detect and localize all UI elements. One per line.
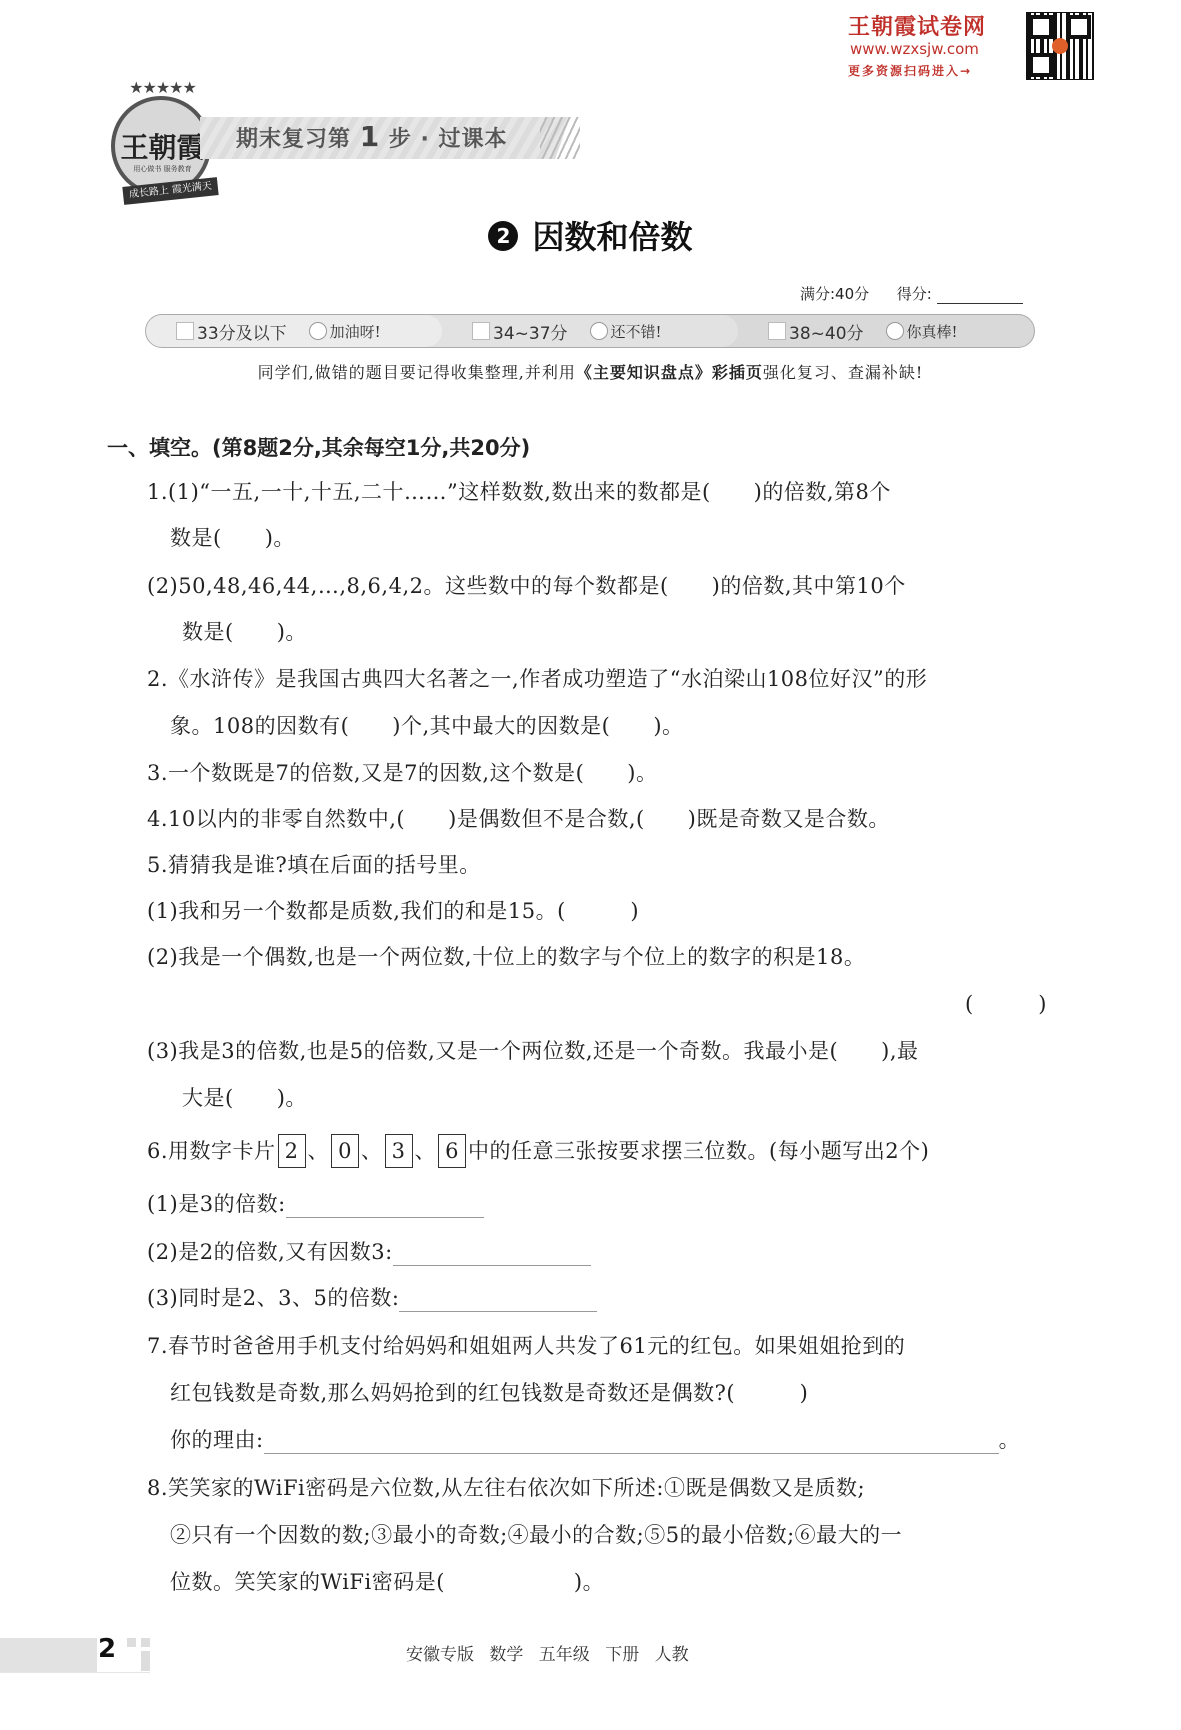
notice-after: 强化复习、查漏补缺! bbox=[763, 363, 923, 382]
question-1-1-line-1: 1.(1)“一五,一十,十五,二十……”这样数数,数出来的数都是( )的倍数,第… bbox=[147, 476, 891, 506]
banner-stripes bbox=[540, 117, 580, 159]
reason-answer-line[interactable] bbox=[264, 1435, 999, 1454]
separator: 、 bbox=[308, 1139, 330, 1163]
chapter-number-icon: 2 bbox=[488, 221, 518, 251]
question-5-3-line-2: 大是( )。 bbox=[182, 1082, 307, 1112]
answer-line[interactable] bbox=[286, 1199, 484, 1218]
question-7-line-2: 红包钱数是奇数,那么妈妈抢到的红包钱数是奇数还是偶数?( ) bbox=[170, 1377, 808, 1407]
question-5-3-line-1: (3)我是3的倍数,也是5的倍数,又是一个两位数,还是一个奇数。我最小是( ),… bbox=[147, 1035, 919, 1065]
question-4: 4.10以内的非零自然数中,( )是偶数但不是合数,( )既是奇数又是合数。 bbox=[147, 803, 890, 833]
header-banner-title: 期末复习第 1 步 · 过课本 bbox=[236, 120, 508, 153]
digit-card: 2 bbox=[278, 1134, 306, 1168]
question-5: 5.猜猜我是谁?填在后面的括号里。 bbox=[147, 849, 481, 879]
question-5-2-answer[interactable]: ( ) bbox=[965, 988, 1047, 1018]
separator: 、 bbox=[361, 1139, 383, 1163]
question-3: 3.一个数既是7的倍数,又是7的因数,这个数是( )。 bbox=[147, 757, 658, 787]
chapter-title: 因数和倍数 bbox=[532, 218, 692, 256]
grade-message: 还不错! bbox=[611, 321, 662, 342]
answer-line[interactable] bbox=[399, 1293, 597, 1312]
page-number: 2 bbox=[98, 1634, 116, 1664]
section-heading: 一、填空。(第8题2分,其余每空1分,共20分) bbox=[107, 432, 530, 462]
brand-url[interactable]: www.wzxsjw.com bbox=[850, 40, 979, 58]
question-6-1: (1)是3的倍数: bbox=[147, 1188, 484, 1218]
digit-card: 6 bbox=[438, 1134, 466, 1168]
page-title: 2因数和倍数 bbox=[0, 212, 1181, 258]
question-2-line-1: 2.《水浒传》是我国古典四大名著之一,作者成功塑造了“水泊梁山108位好汉”的形 bbox=[147, 663, 927, 693]
score-input[interactable] bbox=[937, 289, 1023, 304]
score-label: 得分: bbox=[897, 285, 932, 303]
question-6-2-label: (2)是2的倍数,又有因数3: bbox=[147, 1240, 393, 1264]
banner-step: 1 bbox=[360, 120, 380, 153]
question-8-line-1: 8.笑笑家的WiFi密码是六位数,从左往右依次如下所述:①既是偶数又是质数; bbox=[147, 1472, 865, 1502]
question-8-line-2: ②只有一个因数的数;③最小的奇数;④最小的合数;⑤5的最小倍数;⑥最大的一 bbox=[170, 1519, 902, 1549]
question-6-3-label: (3)同时是2、3、5的倍数: bbox=[147, 1286, 399, 1310]
question-1-1-line-2: 数是( )。 bbox=[170, 522, 295, 552]
star-icon: ★★★★★ bbox=[105, 78, 220, 97]
question-1-2-line-1: (2)50,48,46,44,…,8,6,4,2。这些数中的每个数都是( )的倍… bbox=[147, 570, 906, 600]
question-1-2-line-2: 数是( )。 bbox=[182, 616, 307, 646]
banner-suffix: 步 · 过课本 bbox=[389, 127, 508, 152]
answer-line[interactable] bbox=[393, 1247, 591, 1266]
logo-subtitle: 用心做书 服务教育 bbox=[115, 164, 210, 174]
brand-title: 王朝霞试卷网 bbox=[848, 10, 986, 41]
qr-code-icon[interactable] bbox=[1026, 12, 1094, 80]
qr-corner bbox=[1029, 53, 1053, 77]
question-5-1: (1)我和另一个数都是质数,我们的和是15。( ) bbox=[147, 895, 639, 925]
question-2-line-2: 象。108的因数有( )个,其中最大的因数是( )。 bbox=[170, 710, 684, 740]
separator: 、 bbox=[415, 1139, 437, 1163]
question-6-prefix: 6.用数字卡片 bbox=[147, 1139, 276, 1163]
grade-range: 33分及以下 bbox=[197, 319, 287, 344]
logo-name: 王朝霞 bbox=[115, 126, 210, 166]
qr-logo bbox=[1052, 38, 1068, 54]
score-area: 满分:40分 得分: bbox=[800, 283, 1023, 304]
question-6-2: (2)是2的倍数,又有因数3: bbox=[147, 1236, 591, 1266]
digit-card: 3 bbox=[385, 1134, 413, 1168]
question-7-line-1: 7.春节时爸爸用手机支付给妈妈和姐姐两人共发了61元的红包。如果姐姐抢到的 bbox=[147, 1330, 905, 1360]
full-score: 满分:40分 bbox=[800, 285, 869, 303]
question-6-suffix: 中的任意三张按要求摆三位数。(每小题写出2个) bbox=[468, 1139, 929, 1163]
banner-prefix: 期末复习第 bbox=[236, 127, 351, 152]
footer-bar bbox=[0, 1638, 97, 1672]
cheer-face-icon bbox=[309, 322, 327, 340]
notice-before: 同学们,做错的题目要记得收集整理,并利用 bbox=[258, 363, 576, 382]
happy-face-icon bbox=[886, 322, 904, 340]
grade-range: 38~40分 bbox=[789, 319, 864, 344]
question-8-line-3: 位数。笑笑家的WiFi密码是( )。 bbox=[170, 1566, 604, 1596]
grade-option-mid: 34~37分 还不错! bbox=[422, 315, 738, 347]
grade-bar: 33分及以下 加油呀! 34~37分 还不错! 38~40分 你真棒! bbox=[145, 314, 1035, 348]
question-7-reason: 你的理由:。 bbox=[170, 1424, 1020, 1454]
grade-option-high: 38~40分 你真棒! bbox=[718, 315, 1034, 347]
notice-highlight: 《主要知识盘点》彩插页 bbox=[576, 363, 763, 382]
question-6-3: (3)同时是2、3、5的倍数: bbox=[147, 1282, 597, 1312]
grade-checkbox[interactable] bbox=[768, 322, 786, 340]
footer-edition-info: 安徽专版 数学 五年级 下册 人教 bbox=[406, 1640, 689, 1665]
question-6-1-label: (1)是3的倍数: bbox=[147, 1192, 286, 1216]
grade-checkbox[interactable] bbox=[176, 322, 194, 340]
brand-cta: 更多资源扫码进入→ bbox=[848, 62, 972, 79]
grade-checkbox[interactable] bbox=[472, 322, 490, 340]
question-5-2: (2)我是一个偶数,也是一个两位数,十位上的数字与个位上的数字的积是18。 bbox=[147, 941, 865, 971]
smile-face-icon bbox=[590, 322, 608, 340]
grade-message: 加油呀! bbox=[330, 321, 381, 342]
notice-text: 同学们,做错的题目要记得收集整理,并利用《主要知识盘点》彩插页强化复习、查漏补缺… bbox=[0, 360, 1181, 383]
grade-message: 你真棒! bbox=[907, 321, 958, 342]
footer-decoration bbox=[141, 1651, 150, 1671]
question-6: 6.用数字卡片2、0、3、6中的任意三张按要求摆三位数。(每小题写出2个) bbox=[147, 1135, 929, 1170]
footer-decoration bbox=[127, 1638, 136, 1647]
digit-card: 0 bbox=[331, 1134, 359, 1168]
footer-decoration bbox=[141, 1638, 150, 1647]
reason-label: 你的理由: bbox=[170, 1428, 264, 1452]
grade-range: 34~37分 bbox=[493, 319, 568, 344]
grade-option-low: 33分及以下 加油呀! bbox=[146, 315, 442, 347]
footer-divider bbox=[0, 1672, 150, 1673]
period: 。 bbox=[999, 1428, 1021, 1452]
